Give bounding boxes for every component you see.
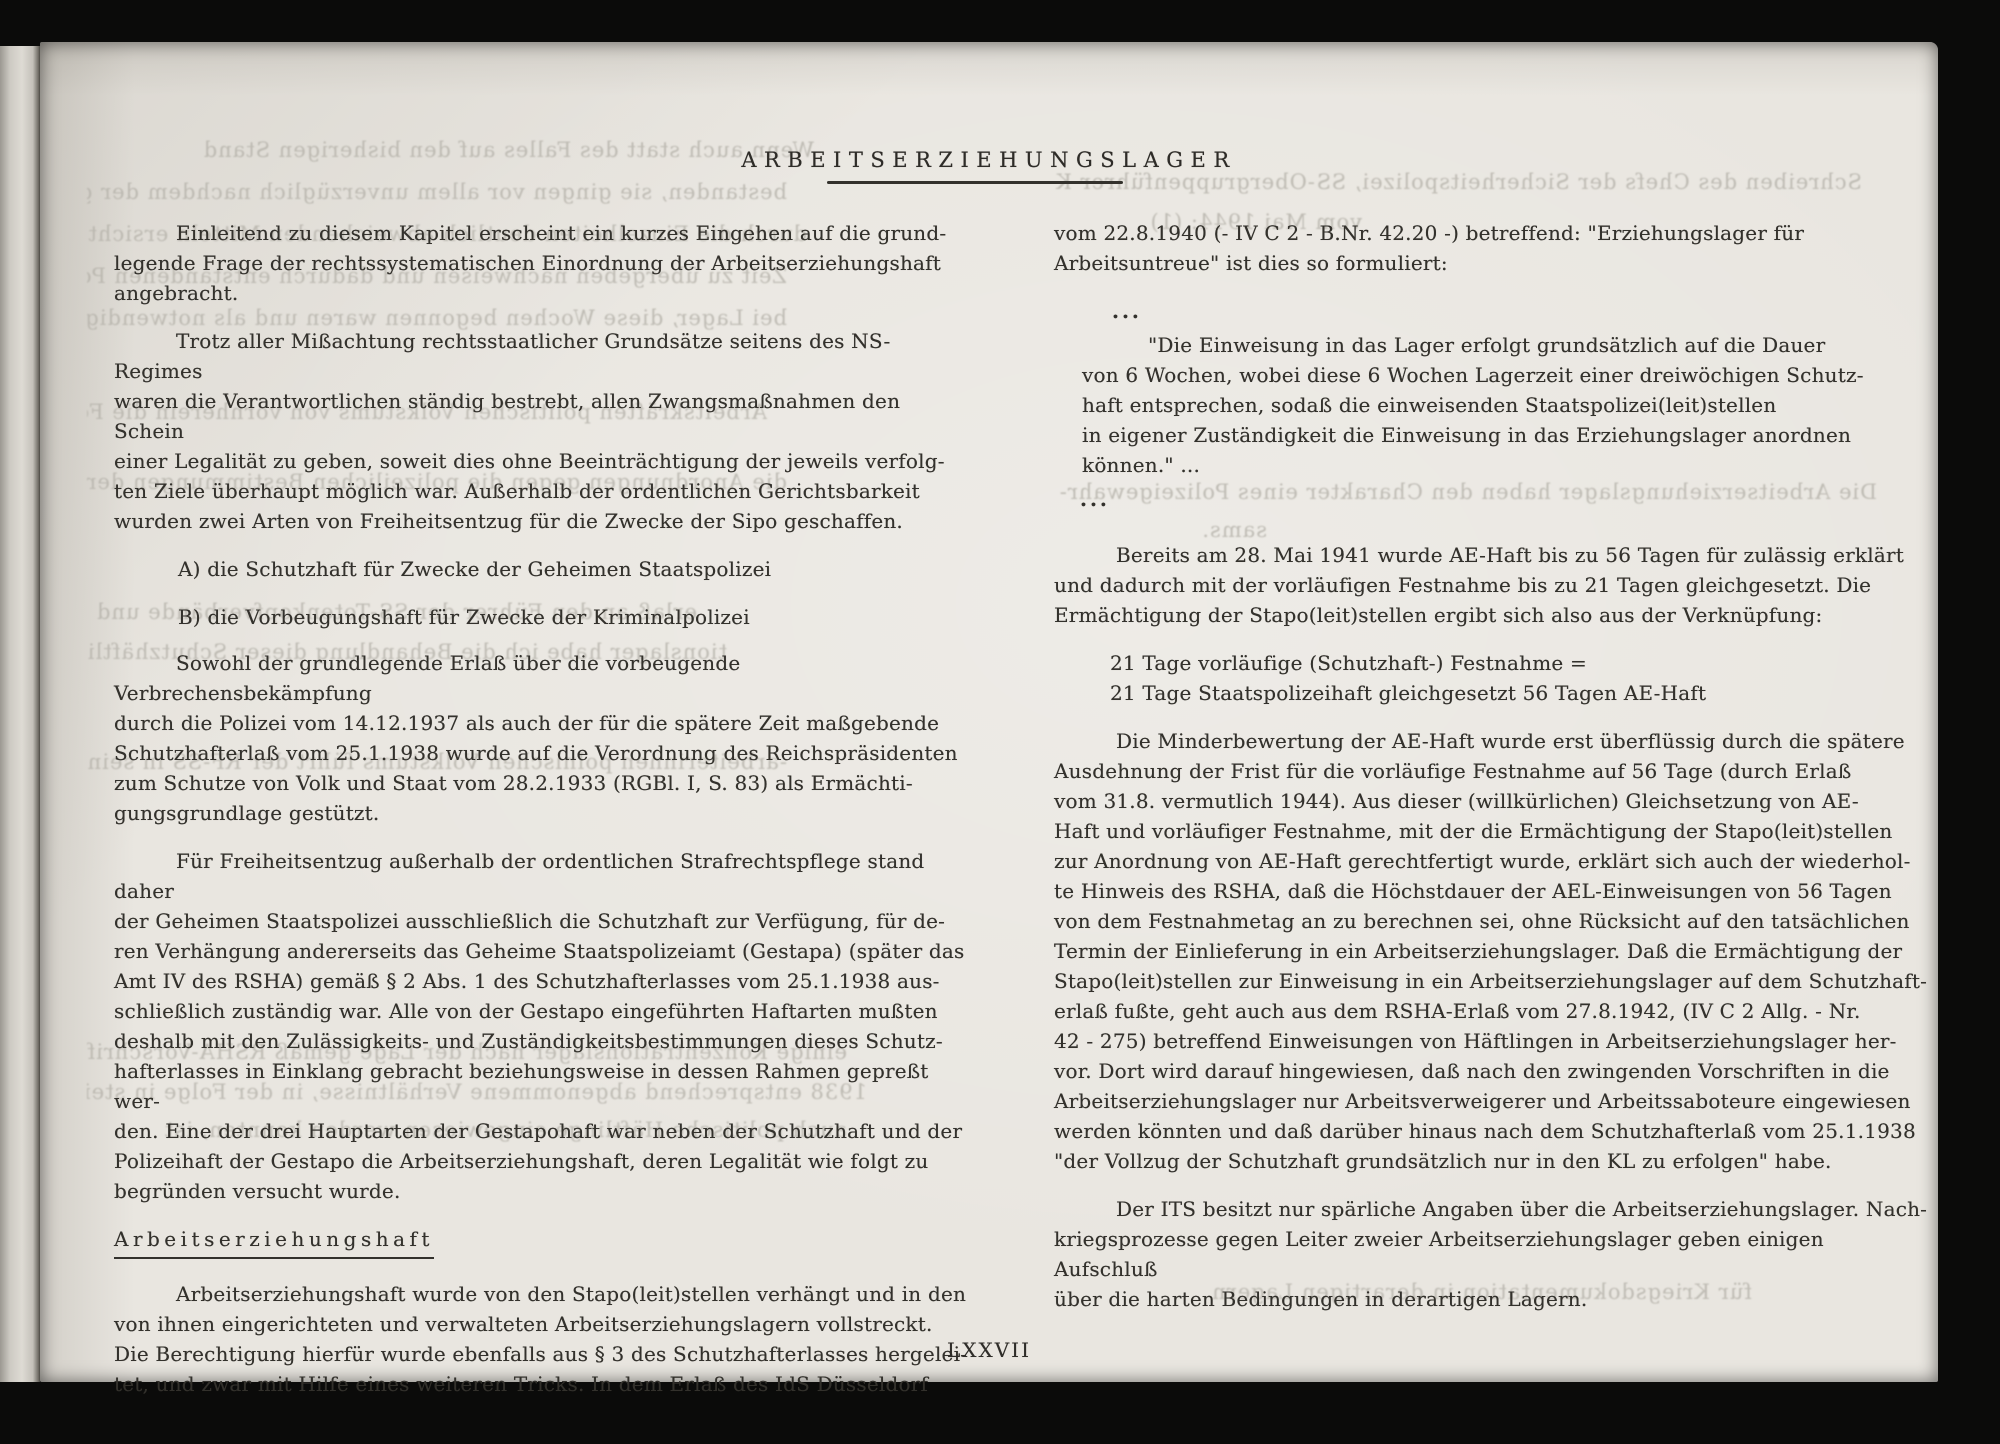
paragraph-legality: Trotz aller Mißachtung rechtsstaatlicher… bbox=[114, 326, 972, 536]
left-text-column: Einleitend zu diesem Kapitel erscheint e… bbox=[114, 218, 972, 1417]
section-heading: Arbeitserziehungshaft bbox=[114, 1224, 434, 1259]
page-edge-strip bbox=[0, 46, 40, 1382]
paragraph-intro: Einleitend zu diesem Kapitel erscheint e… bbox=[114, 218, 972, 308]
paragraph-erlass: Sowohl der grundlegende Erlaß über die v… bbox=[114, 648, 972, 828]
paragraph-continuation: vom 22.8.1940 (- IV C 2 - B.Nr. 42.20 -)… bbox=[1054, 218, 1930, 278]
list-item-vorbeugungshaft: B) die Vorbeugungshaft für Zwecke der Kr… bbox=[178, 602, 972, 632]
header-underline bbox=[827, 181, 1123, 184]
chapter-header: ARBEITSERZIEHUNGSLAGER bbox=[40, 148, 1938, 184]
list-item-schutzhaft: A) die Schutzhaft für Zwecke der Geheime… bbox=[178, 554, 972, 584]
right-text-column: vom 22.8.1940 (- IV C 2 - B.Nr. 42.20 -)… bbox=[1054, 218, 1930, 1332]
ellipsis-line: ... bbox=[1112, 296, 1930, 326]
block-quote: "Die Einweisung in das Lager erfolgt gru… bbox=[1082, 330, 1902, 480]
paragraph-its: Der ITS besitzt nur spärliche Angaben üb… bbox=[1054, 1194, 1930, 1314]
page-number: LXXVII bbox=[40, 1338, 1938, 1362]
paragraph-minderbewertung: Die Minderbewertung der AE-Haft wurde er… bbox=[1054, 726, 1930, 1176]
ellipsis-line: ... bbox=[1080, 484, 1930, 514]
equation-block: 21 Tage vorläufige (Schutzhaft-) Festnah… bbox=[1110, 648, 1930, 708]
paragraph-ae-haft: Bereits am 28. Mai 1941 wurde AE-Haft bi… bbox=[1054, 540, 1930, 630]
chapter-title: ARBEITSERZIEHUNGSLAGER bbox=[741, 148, 1236, 172]
paragraph-gestapo: Für Freiheitsentzug außerhalb der ordent… bbox=[114, 846, 972, 1206]
book-scan: Wenn auch statt des Falles auf den bishe… bbox=[0, 0, 2000, 1444]
document-page: Wenn auch statt des Falles auf den bishe… bbox=[40, 42, 1938, 1382]
